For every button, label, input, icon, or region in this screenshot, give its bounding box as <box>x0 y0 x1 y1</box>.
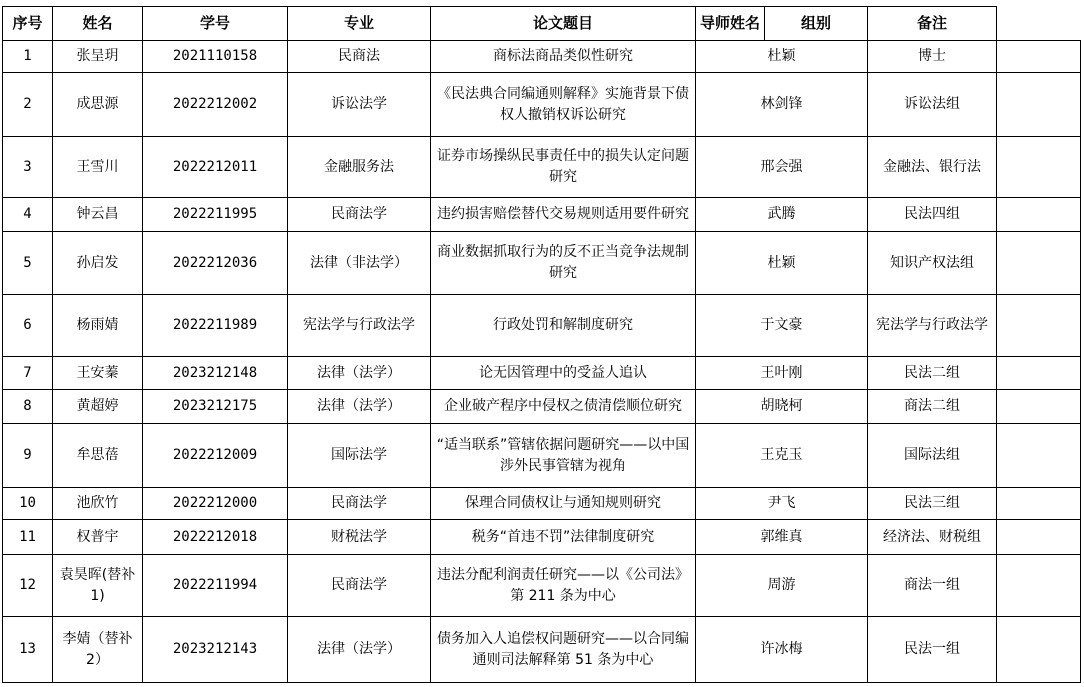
cell-major: 法律（非法学） <box>288 232 431 295</box>
cell-group: 宪法学与行政法学 <box>868 295 997 357</box>
cell-student-id: 2022212009 <box>143 424 288 488</box>
cell-no: 9 <box>3 424 53 488</box>
table-row: 8黄超婷2023212175法律（法学）企业破产程序中侵权之债清偿顺位研究胡晓柯… <box>3 390 1081 424</box>
cell-major: 宪法学与行政法学 <box>288 295 431 357</box>
cell-note <box>997 41 1081 73</box>
cell-student-id: 2022211994 <box>143 555 288 617</box>
cell-student-id: 2022212011 <box>143 137 288 198</box>
cell-no: 13 <box>3 617 53 683</box>
cell-major: 法律（法学） <box>288 390 431 424</box>
cell-group: 民法三组 <box>868 488 997 520</box>
header-group: 组别 <box>765 7 868 41</box>
cell-name: 杨雨婧 <box>53 295 143 357</box>
cell-note <box>997 137 1081 198</box>
cell-name: 袁昊晖(替补 1) <box>53 555 143 617</box>
cell-student-id: 2022211989 <box>143 295 288 357</box>
cell-name: 张呈玥 <box>53 41 143 73</box>
cell-no: 1 <box>3 41 53 73</box>
cell-thesis-title: 保理合同债权让与通知规则研究 <box>431 488 696 520</box>
cell-name: 钟云昌 <box>53 198 143 232</box>
cell-major: 金融服务法 <box>288 137 431 198</box>
cell-advisor: 杜颖 <box>696 232 868 295</box>
cell-thesis-title: 商标法商品类似性研究 <box>431 41 696 73</box>
cell-advisor: 郭维真 <box>696 520 868 555</box>
header-name: 姓名 <box>53 7 143 41</box>
table-row: 13李婧（替补 2）2023212143法律（法学）债务加入人追偿权问题研究——… <box>3 617 1081 683</box>
cell-name: 黄超婷 <box>53 390 143 424</box>
cell-no: 6 <box>3 295 53 357</box>
cell-note <box>997 357 1081 390</box>
cell-name: 池欣竹 <box>53 488 143 520</box>
cell-student-id: 2022212036 <box>143 232 288 295</box>
cell-group: 博士 <box>868 41 997 73</box>
header-note: 备注 <box>868 7 997 41</box>
cell-thesis-title: 税务“首违不罚”法律制度研究 <box>431 520 696 555</box>
cell-group: 商法二组 <box>868 390 997 424</box>
cell-name: 权普宇 <box>53 520 143 555</box>
cell-major: 诉讼法学 <box>288 73 431 137</box>
cell-advisor: 周游 <box>696 555 868 617</box>
cell-advisor: 杜颖 <box>696 41 868 73</box>
table-row: 9牟思蓓2022212009国际法学“适当联系”管辖依据问题研究——以中国涉外民… <box>3 424 1081 488</box>
cell-advisor: 王叶刚 <box>696 357 868 390</box>
cell-note <box>997 295 1081 357</box>
cell-thesis-title: 违约损害赔偿替代交易规则适用要件研究 <box>431 198 696 232</box>
cell-thesis-title: 论无因管理中的受益人追认 <box>431 357 696 390</box>
table-row: 11权普宇2022212018财税法学税务“首违不罚”法律制度研究郭维真经济法、… <box>3 520 1081 555</box>
cell-note <box>997 73 1081 137</box>
cell-no: 4 <box>3 198 53 232</box>
cell-major: 法律（法学） <box>288 617 431 683</box>
header-thesis-title: 论文题目 <box>431 7 696 41</box>
cell-name: 王安蓁 <box>53 357 143 390</box>
cell-group: 金融法、银行法 <box>868 137 997 198</box>
cell-note <box>997 232 1081 295</box>
header-major: 专业 <box>288 7 431 41</box>
cell-advisor: 尹飞 <box>696 488 868 520</box>
cell-thesis-title: “适当联系”管辖依据问题研究——以中国涉外民事管辖为视角 <box>431 424 696 488</box>
cell-student-id: 2023212148 <box>143 357 288 390</box>
cell-no: 11 <box>3 520 53 555</box>
table-row: 10池欣竹2022212000民商法学保理合同债权让与通知规则研究尹飞民法三组 <box>3 488 1081 520</box>
table-row: 12袁昊晖(替补 1)2022211994民商法学违法分配利润责任研究——以《公… <box>3 555 1081 617</box>
cell-student-id: 2022212018 <box>143 520 288 555</box>
cell-note <box>997 424 1081 488</box>
cell-major: 民商法学 <box>288 198 431 232</box>
cell-no: 7 <box>3 357 53 390</box>
cell-major: 民商法 <box>288 41 431 73</box>
table-row: 3王雪川2022212011金融服务法证券市场操纵民事责任中的损失认定问题研究邢… <box>3 137 1081 198</box>
table-row: 2成思源2022212002诉讼法学《民法典合同编通则解释》实施背景下债权人撤销… <box>3 73 1081 137</box>
cell-note <box>997 520 1081 555</box>
cell-student-id: 2022212000 <box>143 488 288 520</box>
cell-thesis-title: 行政处罚和解制度研究 <box>431 295 696 357</box>
cell-name: 王雪川 <box>53 137 143 198</box>
cell-major: 国际法学 <box>288 424 431 488</box>
cell-thesis-title: 证券市场操纵民事责任中的损失认定问题研究 <box>431 137 696 198</box>
table-row: 7王安蓁2023212148法律（法学）论无因管理中的受益人追认王叶刚民法二组 <box>3 357 1081 390</box>
cell-advisor: 武腾 <box>696 198 868 232</box>
thesis-roster-table: 序号 姓名 学号 专业 论文题目 导师姓名 导师姓名 组别 备注 1张呈玥202… <box>2 6 1081 683</box>
cell-advisor: 邢会强 <box>696 137 868 198</box>
cell-major: 法律（法学） <box>288 357 431 390</box>
cell-name: 成思源 <box>53 73 143 137</box>
cell-no: 8 <box>3 390 53 424</box>
cell-thesis-title: 企业破产程序中侵权之债清偿顺位研究 <box>431 390 696 424</box>
cell-student-id: 2021110158 <box>143 41 288 73</box>
cell-note <box>997 198 1081 232</box>
table-row: 5孙启发2022212036法律（非法学）商业数据抓取行为的反不正当竞争法规制研… <box>3 232 1081 295</box>
cell-thesis-title: 违法分配利润责任研究——以《公司法》第 211 条为中心 <box>431 555 696 617</box>
cell-student-id: 2022212002 <box>143 73 288 137</box>
cell-student-id: 2023212143 <box>143 617 288 683</box>
cell-major: 民商法学 <box>288 555 431 617</box>
cell-thesis-title: 《民法典合同编通则解释》实施背景下债权人撤销权诉讼研究 <box>431 73 696 137</box>
cell-group: 知识产权法组 <box>868 232 997 295</box>
cell-note <box>997 617 1081 683</box>
cell-advisor: 胡晓柯 <box>696 390 868 424</box>
cell-advisor: 林剑锋 <box>696 73 868 137</box>
header-advisor-name: 导师姓名 <box>696 7 765 41</box>
cell-group: 诉讼法组 <box>868 73 997 137</box>
cell-note <box>997 555 1081 617</box>
cell-note <box>997 390 1081 424</box>
cell-name: 牟思蓓 <box>53 424 143 488</box>
cell-advisor: 许冰梅 <box>696 617 868 683</box>
cell-group: 国际法组 <box>868 424 997 488</box>
cell-group: 民法四组 <box>868 198 997 232</box>
cell-name: 孙启发 <box>53 232 143 295</box>
cell-student-id: 2023212175 <box>143 390 288 424</box>
header-no: 序号 <box>3 7 53 41</box>
table-row: 4钟云昌2022211995民商法学违约损害赔偿替代交易规则适用要件研究武腾民法… <box>3 198 1081 232</box>
cell-advisor: 于文豪 <box>696 295 868 357</box>
cell-no: 10 <box>3 488 53 520</box>
cell-thesis-title: 商业数据抓取行为的反不正当竞争法规制研究 <box>431 232 696 295</box>
header-student-id: 学号 <box>143 7 288 41</box>
header-row: 序号 姓名 学号 专业 论文题目 导师姓名 导师姓名 组别 备注 <box>3 7 1081 41</box>
cell-no: 2 <box>3 73 53 137</box>
cell-no: 5 <box>3 232 53 295</box>
cell-major: 民商法学 <box>288 488 431 520</box>
cell-major: 财税法学 <box>288 520 431 555</box>
cell-group: 经济法、财税组 <box>868 520 997 555</box>
cell-group: 商法一组 <box>868 555 997 617</box>
table-row: 6杨雨婧2022211989宪法学与行政法学行政处罚和解制度研究于文豪宪法学与行… <box>3 295 1081 357</box>
table-row: 1张呈玥2021110158民商法商标法商品类似性研究杜颖博士 <box>3 41 1081 73</box>
cell-no: 3 <box>3 137 53 198</box>
cell-thesis-title: 债务加入人追偿权问题研究——以合同编通则司法解释第 51 条为中心 <box>431 617 696 683</box>
cell-group: 民法一组 <box>868 617 997 683</box>
cell-group: 民法二组 <box>868 357 997 390</box>
cell-name: 李婧（替补 2） <box>53 617 143 683</box>
cell-no: 12 <box>3 555 53 617</box>
cell-note <box>997 488 1081 520</box>
cell-advisor: 王克玉 <box>696 424 868 488</box>
cell-student-id: 2022211995 <box>143 198 288 232</box>
